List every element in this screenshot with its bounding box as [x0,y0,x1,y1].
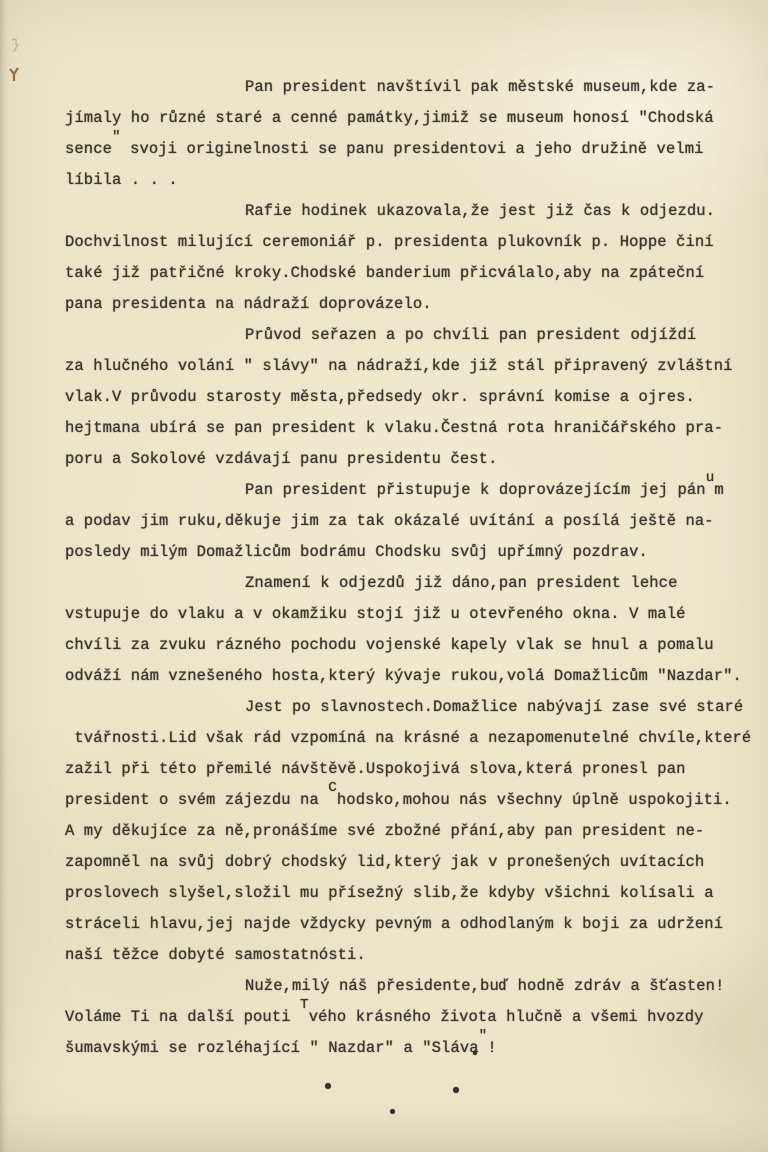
document-page: Pan president navštívil pak městské muse… [0,0,768,1152]
typewritten-line: president o svém zájezdu na Chodsko,moho… [65,785,755,816]
raised-character: u [706,470,715,486]
typewritten-line: Pan president přistupuje k doprovázející… [65,475,755,506]
raised-character: T [300,997,309,1013]
paragraph: Jest po slavnostech.Domažlice nabývají z… [65,692,755,971]
typewritten-line: zažil při této přemilé návštěvě.Uspokoji… [65,754,755,785]
ink-smudge-brown [10,68,18,81]
typewritten-line: poru a Sokolové vzdávají panu presidentu… [65,444,755,475]
paragraph: Průvod seřazen a po chvíli pan president… [65,320,755,475]
typewritten-line: šumavskými se rozléhající " Nazdar" a "S… [65,1033,755,1064]
typewritten-text: Pan president navštívil pak městské muse… [65,72,755,1064]
typewritten-line: odváží nám vznešeného hosta,který kývaje… [65,661,755,692]
typewritten-line: za hlučného volání " slávy" na nádraží,k… [65,351,755,382]
typewritten-line: stráceli hlavu,jej najde vždycky pevným … [65,909,755,940]
paragraph: Pan president navštívil pak městské muse… [65,72,755,196]
typewritten-line: zapomněl na svůj dobrý chodský lid,který… [65,847,755,878]
typewritten-line: Pan president navštívil pak městské muse… [65,72,755,103]
raised-character: " [112,129,121,145]
typewritten-line: Voláme Ti na další pouti Tvého krásného … [65,1002,755,1033]
typewritten-line: vstupuje do vlaku a v okamžiku stojí již… [65,599,755,630]
typewritten-line: A my děkujíce za ně,pronášíme své zbožné… [65,816,755,847]
typewritten-line: líbila . . . [65,165,755,196]
typewritten-line: Znamení k odjezdů již dáno,pan president… [65,568,755,599]
typewritten-line: Jest po slavnostech.Domažlice nabývají z… [65,692,755,723]
ink-dot [390,1109,395,1114]
ink-dot [325,1083,331,1089]
ink-smudge-gray [12,39,18,52]
raised-character: " [479,1028,488,1044]
typewritten-line: chvíli za zvuku rázného pochodu vojenské… [65,630,755,661]
typewritten-line: vlak.V průvodu starosty města,předsedy o… [65,382,755,413]
paragraph: Pan president přistupuje k doprovázející… [65,475,755,568]
ink-dot [453,1087,459,1093]
typewritten-line: proslovech slyšel,složil mu přísežný sli… [65,878,755,909]
typewritten-line: naší těžce dobyté samostatnósti. [65,940,755,971]
raised-character: C [328,780,337,796]
typewritten-line: také již patřičné kroky.Chodské banderiu… [65,258,755,289]
paragraph: Rafie hodinek ukazovala,že jest již čas … [65,196,755,320]
typewritten-line: Dochvilnost milující ceremoniář p. presi… [65,227,755,258]
typewritten-line: tvářnosti.Lid však rád vzpomíná na krásn… [65,723,755,754]
ink-dot [473,1051,477,1055]
scanned-document: { "palette": { "paper": "#ece5c9", "ink"… [0,0,768,1152]
typewritten-line: Průvod seřazen a po chvíli pan president… [65,320,755,351]
typewritten-line: hejtmana ubírá se pan president k vlaku.… [65,413,755,444]
typewritten-line: jímaly ho různé staré a cenné památky,ji… [65,103,755,134]
typewritten-line: sence" svoji originelnosti se panu presi… [65,134,755,165]
paragraph: Nuže,milý náš přesidente,buď hodně zdráv… [65,971,755,1064]
typewritten-line: Rafie hodinek ukazovala,že jest již čas … [65,196,755,227]
typewritten-line: Nuže,milý náš přesidente,buď hodně zdráv… [65,971,755,1002]
typewritten-line: a podav jim ruku,děkuje jim za tak okáza… [65,506,755,537]
typewritten-line: posledy milým Domažlicům bodrámu Chodsku… [65,537,755,568]
margin-ink-smudges [4,36,26,84]
paragraph: Znamení k odjezdů již dáno,pan president… [65,568,755,692]
typewritten-line: pana presidenta na nádraží doprovázelo. [65,289,755,320]
